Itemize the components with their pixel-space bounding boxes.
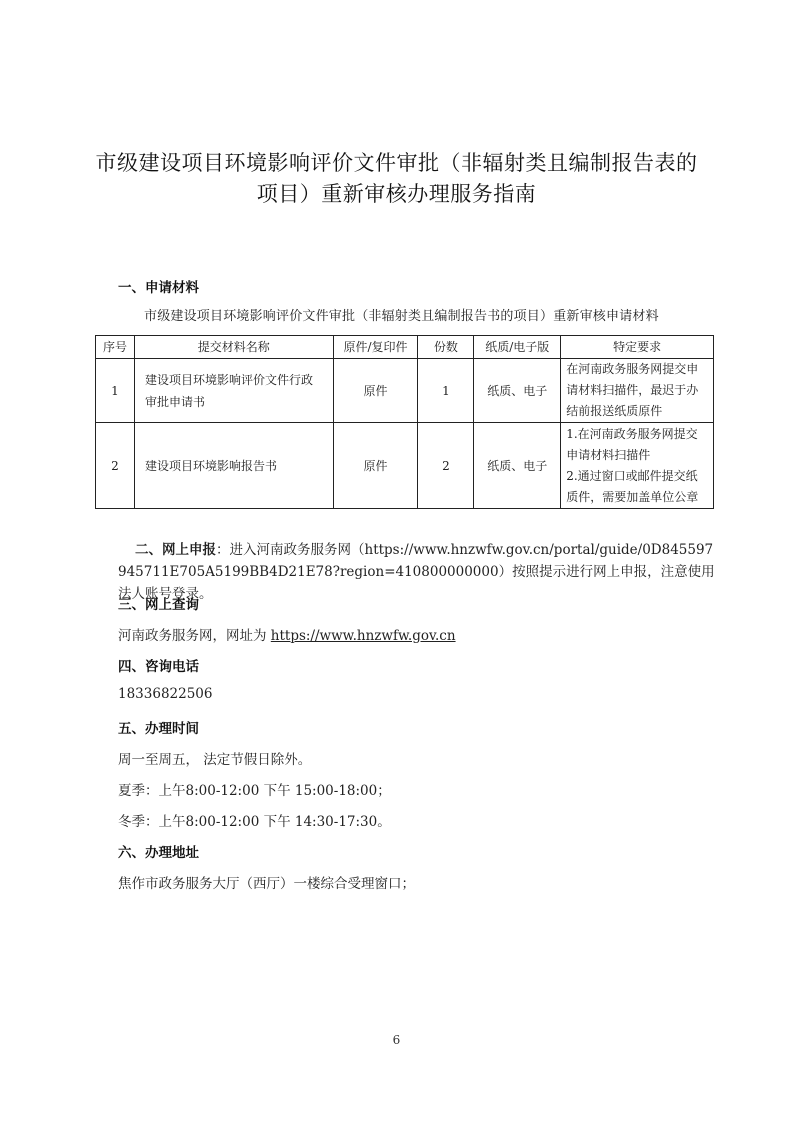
cell-requirement: 1.在河南政务服务网提交申请材料扫描件 2.通过窗口或邮件提交纸质件，需要加盖单… [561, 423, 714, 509]
title-line-2: 项目）重新审核办理服务指南 [0, 178, 793, 208]
cell-requirement: 在河南政务服务网提交申请材料扫描件，最迟于办结前报送纸质原件 [561, 359, 714, 423]
table-header-row: 序号 提交材料名称 原件/复印件 份数 纸质/电子版 特定要求 [96, 336, 714, 359]
title-line-1: 市级建设项目环境影响评价文件审批（非辐射类且编制报告表的 [0, 147, 793, 177]
portal-link[interactable]: https://www.hnzwfw.gov.cn [271, 628, 456, 644]
cell-name: 建设项目环境影响报告书 [134, 423, 333, 509]
address-text: 焦作市政务服务大厅（西厅）一楼综合受理窗口； [118, 872, 415, 892]
table-caption: 市级建设项目环境影响评价文件审批（非辐射类且编制报告书的项目）重新审核申请材料 [144, 305, 659, 324]
header-requirement: 特定要求 [561, 336, 714, 359]
section-online-apply: 二、网上申报：进入河南政务服务网（https://www.hnzwfw.gov.… [118, 539, 718, 605]
online-query-prefix: 河南政务服务网，网址为 [118, 628, 271, 644]
header-name: 提交材料名称 [134, 336, 333, 359]
section-heading-online-query: 三、网上查询 [118, 593, 199, 613]
cell-copies: 1 [418, 359, 474, 423]
section-heading-phone: 四、咨询电话 [118, 655, 199, 675]
page-number: 6 [0, 1033, 793, 1047]
header-original: 原件/复印件 [333, 336, 418, 359]
table-row: 1 建设项目环境影响评价文件行政审批申请书 原件 1 纸质、电子 在河南政务服务… [96, 359, 714, 423]
cell-format: 纸质、电子 [474, 423, 561, 509]
cell-copies: 2 [418, 423, 474, 509]
section-heading-address: 六、办理地址 [118, 841, 199, 861]
hours-winter: 冬季：上午8:00-12:00 下午 14:30-17:30。 [118, 810, 391, 830]
cell-original: 原件 [333, 359, 418, 423]
table-row: 2 建设项目环境影响报告书 原件 2 纸质、电子 1.在河南政务服务网提交申请材… [96, 423, 714, 509]
hours-days: 周一至周五， 法定节假日除外。 [118, 748, 311, 768]
materials-table: 序号 提交材料名称 原件/复印件 份数 纸质/电子版 特定要求 1 建设项目环境… [95, 335, 714, 509]
phone-number: 18336822506 [118, 686, 212, 702]
cell-original: 原件 [333, 423, 418, 509]
cell-format: 纸质、电子 [474, 359, 561, 423]
cell-no: 2 [96, 423, 135, 509]
cell-no: 1 [96, 359, 135, 423]
header-format: 纸质/电子版 [474, 336, 561, 359]
header-copies: 份数 [418, 336, 474, 359]
header-no: 序号 [96, 336, 135, 359]
requirement-line-1: 1.在河南政务服务网提交申请材料扫描件 [566, 424, 708, 466]
section-heading-online-apply: 二、网上申报 [118, 542, 216, 558]
requirement-line-2: 2.通过窗口或邮件提交纸质件，需要加盖单位公章 [566, 466, 708, 508]
online-query-text: 河南政务服务网，网址为 https://www.hnzwfw.gov.cn [118, 624, 456, 644]
cell-name: 建设项目环境影响评价文件行政审批申请书 [134, 359, 333, 423]
section-heading-hours: 五、办理时间 [118, 717, 199, 737]
section-heading-materials: 一、申请材料 [118, 276, 199, 296]
hours-summer: 夏季：上午8:00-12:00 下午 15:00-18:00； [118, 779, 391, 799]
